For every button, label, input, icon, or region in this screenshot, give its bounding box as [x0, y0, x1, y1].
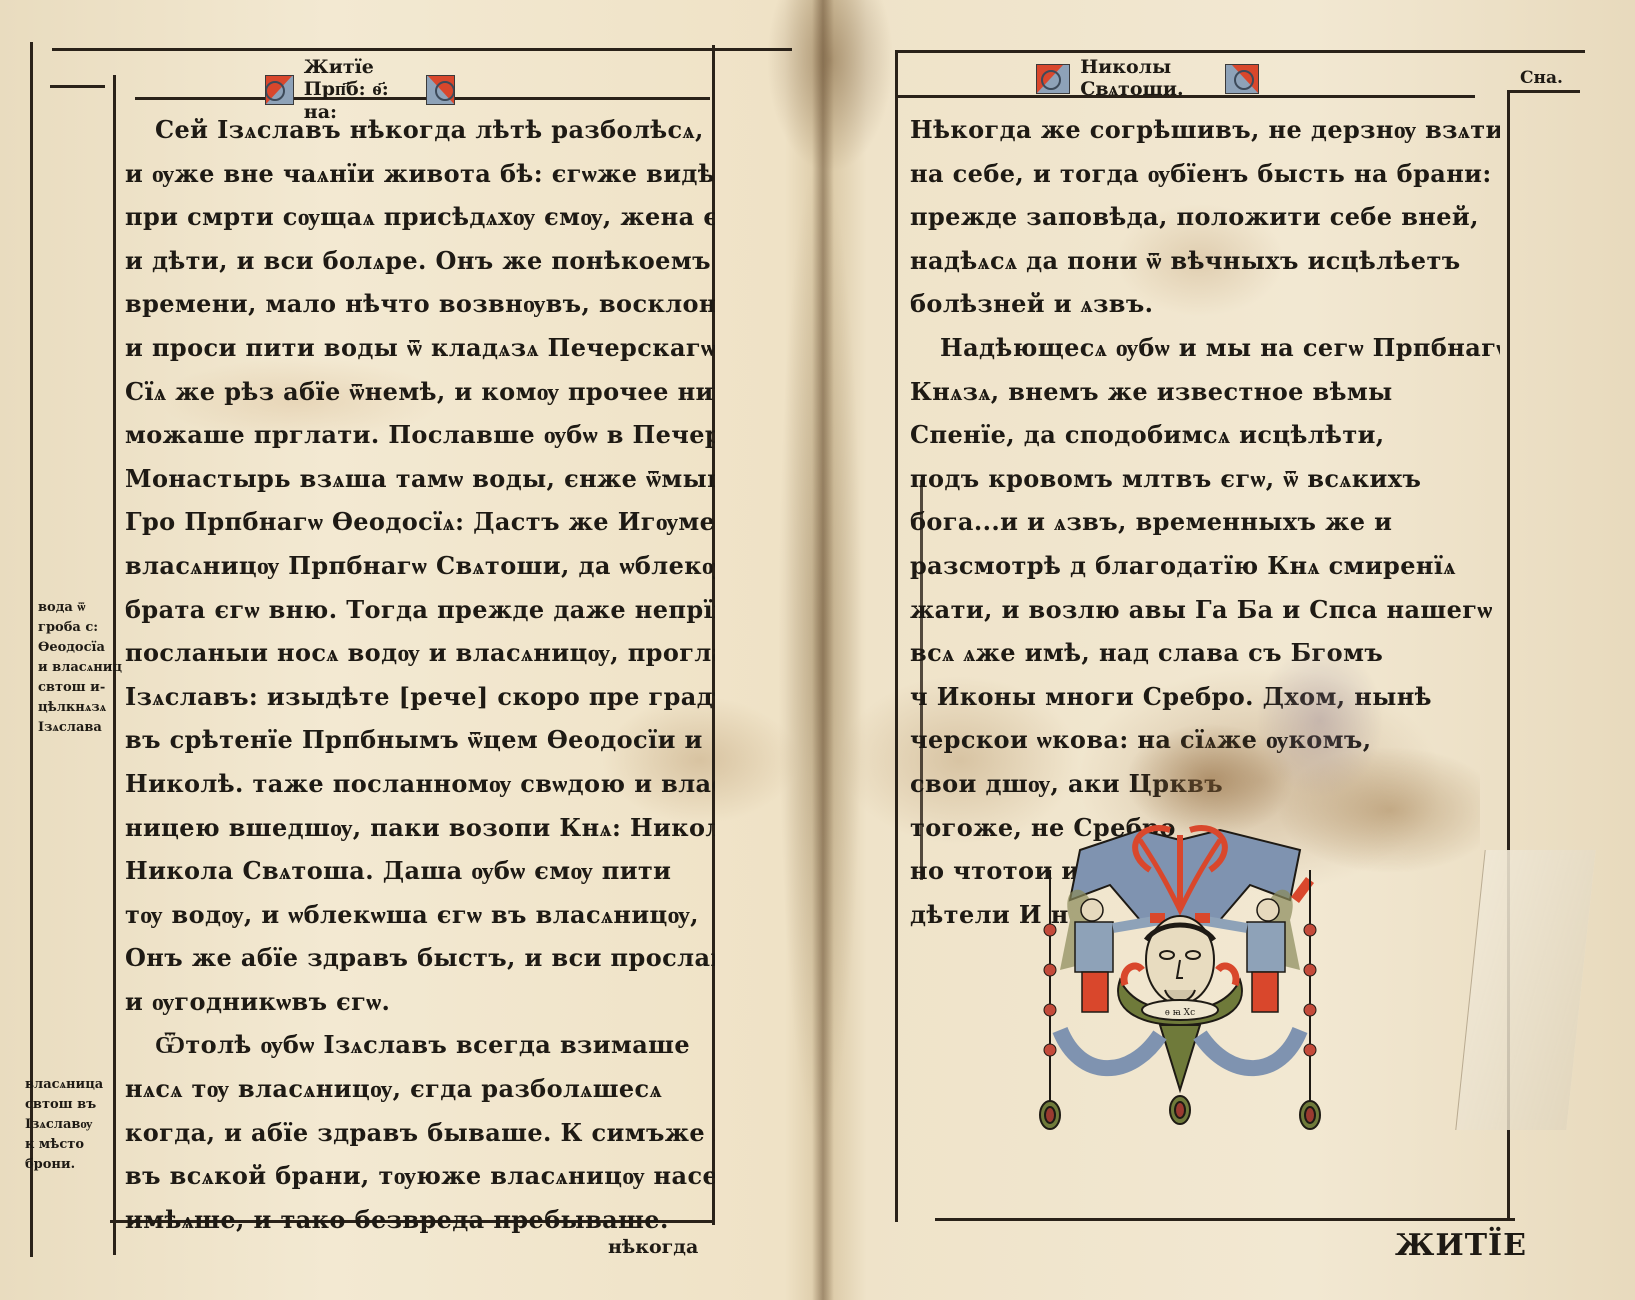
margin-note-line: власѧница	[25, 1075, 103, 1095]
text-line: въ всѧкой брани, тѹюже власѧницѹ насебѣ	[125, 1154, 715, 1198]
margin-note-line: к мѣсто	[25, 1135, 103, 1155]
text-line: прежде заповѣда, положити себе вней,	[910, 195, 1500, 239]
text-line: болѣзней и ѧзвъ.	[910, 282, 1500, 326]
text-line: нѧсѧ тѹ власѧницѹ, єгда разболѧшесѧ	[125, 1067, 715, 1111]
text-line: брата єгѡ вню. Тогда прежде даже непрїид…	[125, 588, 715, 632]
margin-note-line: гроба с:	[38, 618, 122, 638]
folio-number: Сна.	[1520, 68, 1563, 88]
ornament-icon	[426, 75, 455, 105]
text-line: и ѹже вне чаѧнїи живота бѣ: єгѡже видѣвш…	[125, 152, 715, 196]
ornament-icon	[1225, 64, 1259, 94]
margin-note-line: вода ѿ	[38, 598, 122, 618]
text-line: Нѣкогда же согрѣшивъ, не дерзнѹ взѧти єѧ	[910, 108, 1500, 152]
text-line: Ізѧславъ: изыдѣте [рече] скоро пре градъ	[125, 675, 715, 719]
text-line: тѹ водѹ, и ѡблекѡша єгѡ въ власѧницѹ,	[125, 893, 715, 937]
left-top-rule	[52, 48, 792, 51]
text-line: подъ кровомъ млтвъ єгѡ, ѿ всѧкихъ	[910, 457, 1500, 501]
margin-note-line: Ізѧслава	[38, 718, 122, 738]
right-running-head: Николы Свѧтоши.	[1036, 56, 1259, 101]
text-line: Надѣющесѧ ѹбѡ и мы на сегѡ Прпбнагѡ	[910, 326, 1500, 370]
margin-note-line: свтош и-	[38, 678, 122, 698]
text-line: разсмотрѣ д благодатїю Кнѧ смиренїѧ	[910, 544, 1500, 588]
text-line: когда, и абїе здравъ бываше. К симъже и	[125, 1111, 715, 1155]
left-body-text: Сей Ізѧславъ нѣкогда лѣтѣ разболѣсѧ, и ѹ…	[125, 108, 715, 1241]
margin-note-line: Ѳеодосїа	[38, 638, 122, 658]
margin-note-2: власѧница свтош въ Ізѧславѹ к мѣсто брон…	[25, 1075, 103, 1175]
holy-face-woodcut-icon: ѳ ꙗ Хс	[1020, 810, 1340, 1150]
right-left-border	[895, 52, 898, 1222]
text-line: посланыи носѧ водѹ и власѧницѹ, прогла К…	[125, 631, 715, 675]
text-line: въ срѣтенїе Прпбнымъ ѿцем Ѳеодосїи и	[125, 718, 715, 762]
margin-note-line: брони.	[25, 1155, 103, 1175]
text-line: Онъ же абїе здравъ быстъ, и вси прослави…	[125, 936, 715, 980]
text-line: на себе, и тогда ѹбїенъ бысть на брани: …	[910, 152, 1500, 196]
margin-note-line: и власѧниц	[38, 658, 122, 678]
text-line: бога...и и ѧзвъ, временныхъ же и	[910, 500, 1500, 544]
text-line: можаше прглати. Пославше ѹбѡ в Печерскї	[125, 413, 715, 457]
text-line: Сїѧ же рѣз абїе ѿнемѣ, и комѹ прочее нич…	[125, 370, 715, 414]
text-line: Спенїе, да сподобимсѧ исцѣлѣти,	[910, 413, 1500, 457]
right-catchword: ЖИТЇЕ	[1395, 1228, 1527, 1263]
text-line: Николѣ. таже посланномѹ свѡдою и власѧ-	[125, 762, 715, 806]
text-line: Ѿтолѣ ѹбѡ Ізѧславъ всегда взимаше	[125, 1023, 715, 1067]
text-line: при смрти сѹщаѧ присѣдѧхѹ ємѹ, жена єгѡ	[125, 195, 715, 239]
right-top-rule	[895, 50, 1585, 53]
text-line: Никола Свѧтоша. Даша ѹбѡ ємѹ пити	[125, 849, 715, 893]
text-line: Кнѧзѧ, внемъ же известное вѣмы	[910, 370, 1500, 414]
ornament-icon	[1036, 64, 1070, 94]
text-line: Сей Ізѧславъ нѣкогда лѣтѣ разболѣсѧ,	[125, 108, 715, 152]
text-line: и ѹгодникѡвъ єгѡ.	[125, 980, 715, 1024]
book-gutter	[812, 0, 834, 1300]
text-line: Монастырь взѧша тамѡ воды, єнже ѿмыша	[125, 457, 715, 501]
margin-note-line: цѣлкнѧзѧ	[38, 698, 122, 718]
text-line: и проси пити воды ѿ кладѧзѧ Печерскагѡ.	[125, 326, 715, 370]
text-line: и дѣти, и вси болѧре. Онъ же понѣкоемъ	[125, 239, 715, 283]
dish-inscription: ѳ ꙗ Хс	[1165, 1008, 1195, 1018]
left-margin-top-rule	[50, 85, 105, 88]
margin-note-line: свтош въ	[25, 1095, 103, 1115]
text-line: Гро Прпбнагѡ Ѳеодосїѧ: Дастъ же Игѹмен и	[125, 500, 715, 544]
ornament-icon	[265, 75, 294, 105]
margin-note-line: Ізѧславѹ	[25, 1115, 103, 1135]
text-line: ницею вшедшѹ, паки возопи Кнѧ: Николи	[125, 806, 715, 850]
left-catchword: нѣкогда	[608, 1236, 698, 1258]
right-bottom-rule	[935, 1218, 1515, 1221]
text-line: власѧницѹ Прпбнагѡ Свѧтоши, да ѡблекѹ	[125, 544, 715, 588]
text-line: жати, и возлю авы Га Ба и Спса нашегѡ	[910, 588, 1500, 632]
text-line: времени, мало нѣчто возвнѹвъ, восклонисѧ	[125, 282, 715, 326]
right-running-head-text: Николы Свѧтоши.	[1080, 56, 1215, 101]
text-line: имѣѧше, и тако безвреда пребываше.	[125, 1198, 715, 1242]
text-line: надѣѧсѧ да пони ѿ вѣчныхъ исцѣлѣетъ	[910, 239, 1500, 283]
margin-note-1: вода ѿ гроба с: Ѳеодосїа и власѧниц свто…	[38, 598, 122, 738]
right-margin-head-rule	[1510, 90, 1580, 93]
